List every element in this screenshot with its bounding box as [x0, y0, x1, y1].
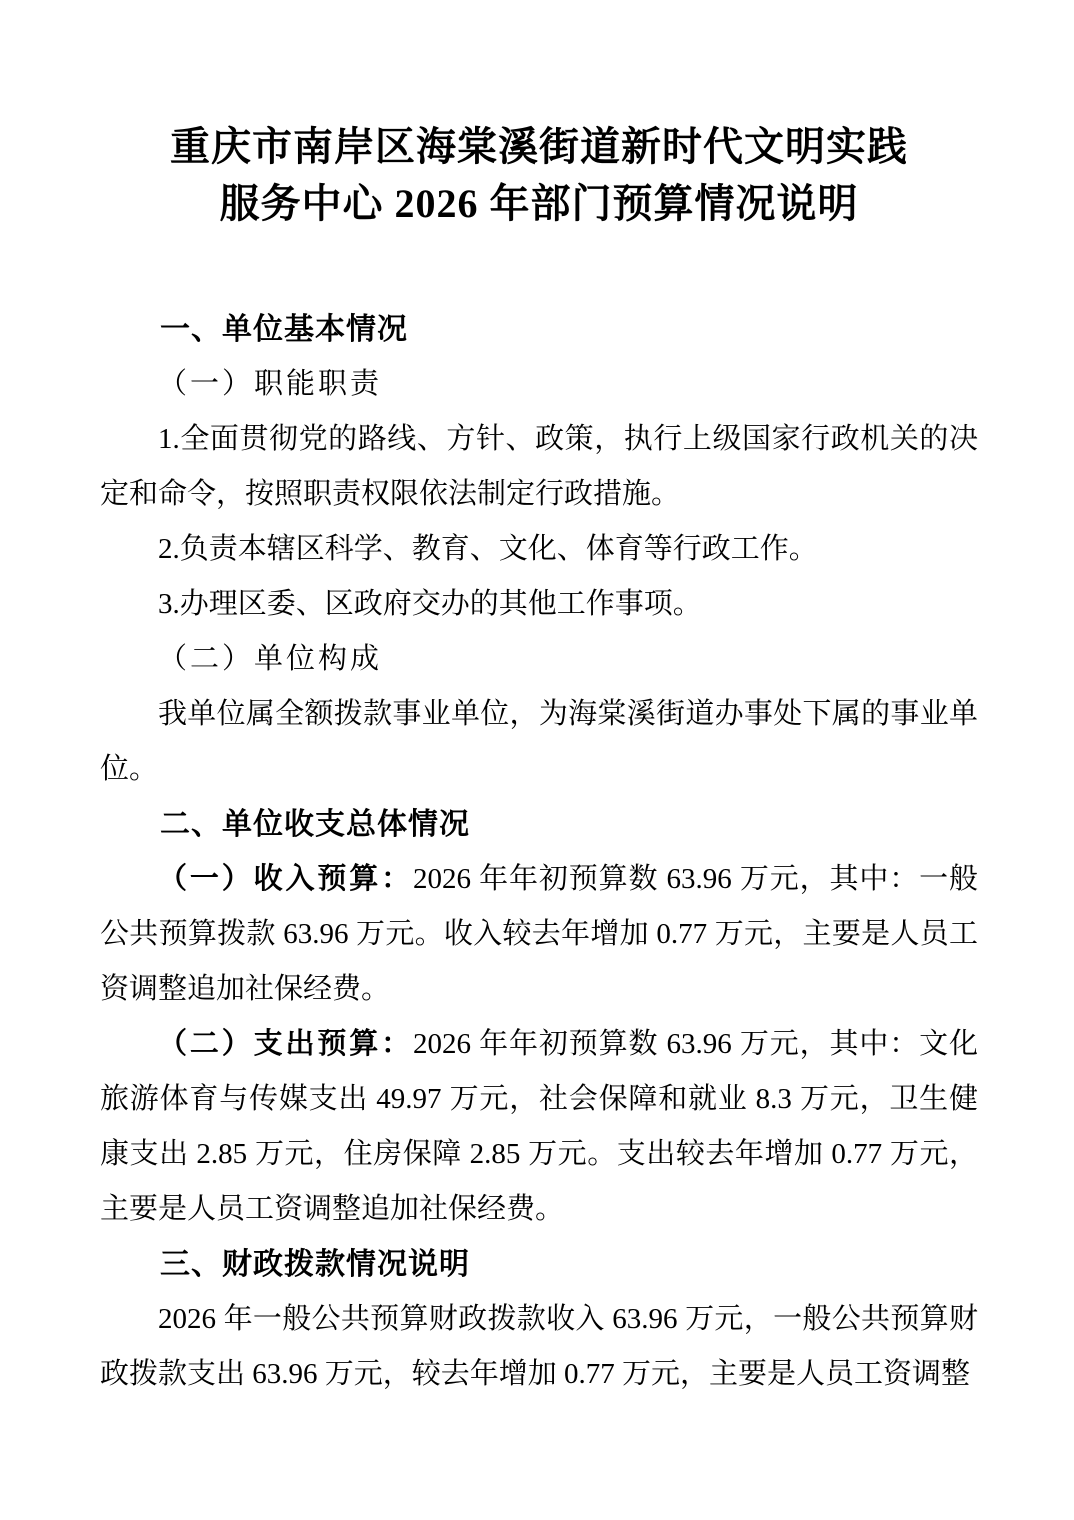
- paragraph-expenditure-budget: （二）支出预算：2026 年年初预算数 63.96 万元，其中：文化旅游体育与传…: [100, 1017, 978, 1237]
- title-line-2: 服务中心 2026 年部门预算情况说明: [100, 175, 978, 232]
- title-line-1: 重庆市南岸区海棠溪街道新时代文明实践: [100, 118, 978, 175]
- section-heading-revenue-expenditure: 二、单位收支总体情况: [100, 797, 978, 852]
- income-budget-lead: （一）收入预算：: [158, 863, 413, 895]
- document-body: 一、单位基本情况 （一）职能职责 1.全面贯彻党的路线、方针、政策，执行上级国家…: [100, 302, 978, 1402]
- document-page: 重庆市南岸区海棠溪街道新时代文明实践 服务中心 2026 年部门预算情况说明 一…: [0, 0, 1074, 1520]
- section-heading-basic-info: 一、单位基本情况: [100, 302, 978, 357]
- paragraph-income-budget: （一）收入预算：2026 年年初预算数 63.96 万元，其中：一般公共预算拨款…: [100, 852, 978, 1017]
- subheading-unit-composition: （二）单位构成: [100, 632, 978, 687]
- paragraph-duty-1: 1.全面贯彻党的路线、方针、政策，执行上级国家行政机关的决定和命令，按照职责权限…: [100, 412, 978, 522]
- expenditure-budget-lead: （二）支出预算：: [158, 1028, 413, 1060]
- section-heading-fiscal-appropriation: 三、财政拨款情况说明: [100, 1237, 978, 1292]
- paragraph-fiscal-appropriation: 2026 年一般公共预算财政拨款收入 63.96 万元，一般公共预算财政拨款支出…: [100, 1292, 978, 1402]
- document-title: 重庆市南岸区海棠溪街道新时代文明实践 服务中心 2026 年部门预算情况说明: [100, 118, 978, 232]
- paragraph-duty-2: 2.负责本辖区科学、教育、文化、体育等行政工作。: [100, 522, 978, 577]
- paragraph-duty-3: 3.办理区委、区政府交办的其他工作事项。: [100, 577, 978, 632]
- subheading-duties: （一）职能职责: [100, 357, 978, 412]
- paragraph-unit-composition: 我单位属全额拨款事业单位，为海棠溪街道办事处下属的事业单位。: [100, 687, 978, 797]
